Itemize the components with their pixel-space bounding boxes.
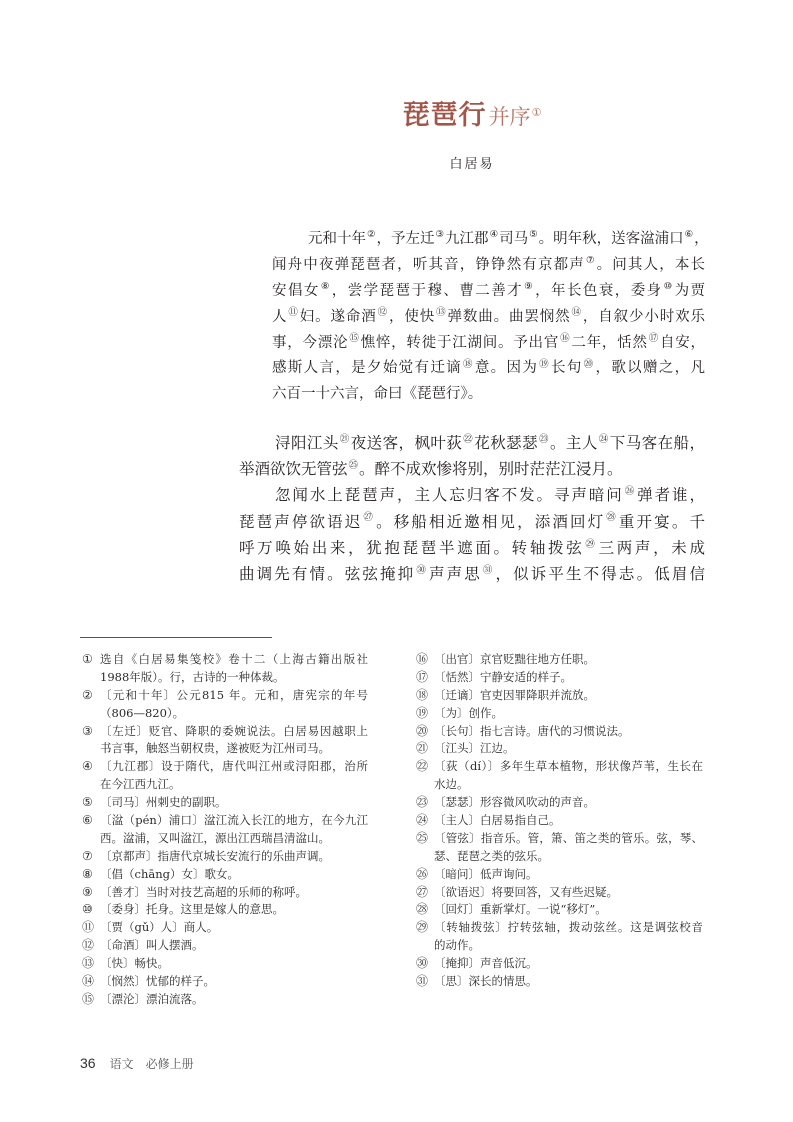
footnote-ref-marker: ⑨ — [524, 281, 534, 292]
footnote-term: 〔主人〕 — [434, 813, 480, 827]
text-run: 夜送客，枫叶荻 — [351, 434, 463, 452]
footnote-line: 〔江头〕江边。 — [434, 740, 703, 758]
footnote-line: 瑟、琵琶之类的弦乐。 — [434, 848, 703, 866]
poem-line: 浔阳江头㉑夜送客，枫叶荻㉒花秋瑟瑟㉓。主人㉔下马客在船， — [239, 430, 705, 456]
footnote-text: 水边。 — [434, 777, 469, 791]
footnote-number: ⑥ — [82, 812, 93, 830]
footnote-number: ㉑ — [416, 740, 428, 758]
poem-title: 琵琶行并序① — [239, 100, 705, 135]
footnote-term: 〔贾（gǔ）人〕 — [100, 920, 184, 934]
footnote-text: 漂泊流落。 — [146, 992, 204, 1006]
text-run: 闻舟中夜弹琵琶者，听其音，铮铮然有京都声 — [272, 257, 585, 273]
footnote-item: ㉔〔主人〕白居易指自己。 — [416, 812, 703, 830]
footnote-number: ⑧ — [82, 866, 93, 884]
footnote-line: 〔京都声〕指唐代京城长安流行的乐曲声调。 — [100, 848, 368, 866]
title-footnote-ref: ① — [532, 106, 542, 119]
footnote-line: 〔司马〕州刺史的副职。 — [100, 794, 368, 812]
footnote-ref-marker: ㉕ — [349, 460, 359, 471]
footnote-item: ⑫〔命酒〕叫人摆酒。 — [82, 937, 368, 955]
footnote-text: 指七言诗。唐代的习惯说法。 — [480, 724, 630, 738]
page-number: 36 — [80, 1055, 96, 1071]
footnote-text: 官吏因罪降职并流放。 — [480, 688, 595, 702]
footnote-line: 〔贾（gǔ）人〕商人。 — [100, 919, 368, 937]
footnote-text: 创作。 — [469, 706, 504, 720]
text-run: ，尝学琵琶于穆、曹二善才 — [332, 283, 523, 299]
footnote-line: 〔倡（chāng）女〕歌女。 — [100, 866, 368, 884]
footnotes-right-column: ⑯〔出官〕京官贬黜往地方任职。⑰〔恬然〕宁静安适的样子。⑱〔迁谪〕官吏因罪降职并… — [416, 651, 703, 991]
footnote-line: 〔悯然〕忧郁的样子。 — [100, 973, 368, 991]
text-run: 琵琶声停欲语迟 — [239, 513, 362, 531]
footnote-text: 京官贬黜往地方任职。 — [480, 652, 595, 666]
footnote-text: 低声询问。 — [480, 867, 538, 881]
footnote-ref-marker: ㉖ — [625, 486, 636, 497]
footnote-number: ⑯ — [416, 651, 428, 669]
footnote-line: 〔漂沦〕漂泊流落。 — [100, 991, 368, 1009]
footnote-line: 〔管弦〕指音乐。管，箫、笛之类的管乐。弦，琴、 — [434, 830, 703, 848]
footnote-number: ⑫ — [82, 937, 94, 955]
footnote-ref-marker: ③ — [436, 229, 445, 240]
text-run: 。移船相近邀相见，添酒回灯 — [376, 513, 605, 531]
footnote-item: ㉘〔回灯〕重新掌灯。一说“移灯”。 — [416, 901, 703, 919]
footnote-line: 〔恬然〕宁静安适的样子。 — [434, 669, 703, 687]
footnote-term: 〔倡（chāng）女〕 — [100, 867, 204, 881]
footnote-line: 〔主人〕白居易指自己。 — [434, 812, 703, 830]
text-run: ，似诉平生不得志。低眉信 — [496, 565, 705, 583]
footnote-divider — [80, 637, 272, 638]
footnote-ref-marker: ⑮ — [349, 333, 359, 344]
poem-text: 浔阳江头㉑夜送客，枫叶荻㉒花秋瑟瑟㉓。主人㉔下马客在船，举酒欲饮无管弦㉕。醉不成… — [239, 430, 705, 587]
footnote-number: ③ — [82, 723, 93, 741]
footnote-text: 深长的情思。 — [469, 974, 538, 988]
footnote-text: 西。湓浦，又叫湓江，源出江西瑞昌清湓山。 — [100, 831, 330, 845]
footnote-line: （806—820）。 — [100, 705, 368, 723]
footnote-item: ③〔左迁〕贬官、降职的委婉说法。白居易因越职上书言事，触怒当朝权贵，遂被贬为江州… — [82, 723, 368, 759]
footnote-item: ⑰〔恬然〕宁静安适的样子。 — [416, 669, 703, 687]
preface-line: 感斯人言，是夕始觉有迁谪⑱意。因为⑲长句⑳，歌以赠之，凡 — [272, 356, 705, 382]
footnote-line: 〔转轴拨弦〕拧转弦轴，拨动弦丝。这是调弦校音 — [434, 919, 703, 937]
text-run: ，自叙少小时欢乐 — [583, 309, 705, 325]
footnote-number: ⑪ — [82, 919, 94, 937]
footnote-text: 将要回答，又有些迟疑。 — [492, 885, 619, 899]
footnote-ref-marker: ㉓ — [539, 434, 549, 445]
preface-line: 安倡女⑧，尝学琵琶于穆、曹二善才⑨，年长色衰，委身⑩为贾 — [272, 279, 705, 305]
footnote-term: 〔转轴拨弦〕 — [434, 920, 508, 934]
footnote-ref-marker: ⑫ — [378, 307, 388, 318]
footnote-item: ㉙〔转轴拨弦〕拧转弦轴，拨动弦丝。这是调弦校音的动作。 — [416, 919, 703, 955]
footnote-text: 指唐代京城长安流行的乐曲声调。 — [158, 849, 331, 863]
text-run: 忽闻水上琵琶声，主人忘归客不发。寻声暗问 — [275, 486, 624, 504]
footnote-line: 〔回灯〕重新掌灯。一说“移灯”。 — [434, 901, 703, 919]
footnote-text: 歌女。 — [204, 867, 239, 881]
poem-line: 忽闻水上琵琶声，主人忘归客不发。寻声暗问㉖弹者谁， — [239, 482, 705, 508]
footnote-number: ㉙ — [416, 919, 428, 937]
footnote-number: ② — [82, 687, 93, 705]
footnote-line: 选自《白居易集笺校》卷十二（上海古籍出版社 — [100, 651, 368, 669]
footnote-line: 〔湓（pén）浦口〕湓江流入长江的地方，在今九江 — [100, 812, 368, 830]
footnote-text: 江边。 — [480, 741, 515, 755]
preface-line: 元和十年②，予左迁③九江郡④司马⑤。明年秋，送客湓浦口⑥， — [272, 227, 705, 253]
footnote-ref-marker: ㉒ — [463, 434, 473, 445]
footnote-ref-marker: ④ — [490, 229, 499, 240]
footnote-text: 白居易指自己。 — [480, 813, 561, 827]
footnote-term: 〔欲语迟〕 — [434, 885, 492, 899]
footnote-number: ㉗ — [416, 884, 428, 902]
text-run: 声声思 — [429, 565, 482, 583]
text-run: 妇。遂命酒 — [300, 309, 377, 325]
text-run: 举酒欲饮无管弦 — [239, 460, 348, 478]
footnote-text: 托身。这里是嫁人的意思。 — [146, 902, 284, 916]
footnote-number: ⑱ — [416, 687, 428, 705]
footnote-number: ㉘ — [416, 901, 428, 919]
footnote-number: ⑮ — [82, 991, 94, 1009]
footnote-term: 〔掩抑〕 — [434, 956, 480, 970]
preface-line: 六百一十六言，命曰《琵琶行》。 — [272, 382, 705, 408]
text-run: ，使快 — [389, 309, 435, 325]
footnote-number: ⑰ — [416, 669, 428, 687]
footnote-text: （806—820）。 — [100, 706, 184, 720]
footnote-ref-marker: ⑬ — [436, 307, 446, 318]
footnote-ref-marker: ⑭ — [571, 307, 581, 318]
footnote-number: ⑬ — [82, 955, 94, 973]
footnote-item: ⑬〔快〕畅快。 — [82, 955, 368, 973]
footnote-text: 1988年版）。行，古诗的一种体裁。 — [100, 670, 285, 684]
author-name: 白居易 — [239, 156, 705, 174]
footnote-ref-marker: ㉙ — [585, 539, 597, 550]
footnote-text: 多年生草本植物，形状像芦苇，生长在 — [500, 759, 703, 773]
footnote-text: 当时对技艺高超的乐师的称呼。 — [146, 885, 307, 899]
footnote-number: ㉛ — [416, 973, 428, 991]
text-run: 自安， — [660, 335, 705, 351]
footnote-line: 〔欲语迟〕将要回答，又有些迟疑。 — [434, 884, 703, 902]
text-run: 元和十年 — [308, 231, 366, 247]
footnote-text: 宁静安适的样子。 — [480, 670, 572, 684]
footnote-ref-marker: ㉑ — [340, 434, 350, 445]
footnote-text: 在今江西九江。 — [100, 777, 181, 791]
footnote-item: ⑩〔委身〕托身。这里是嫁人的意思。 — [82, 901, 368, 919]
footnote-item: ㉑〔江头〕江边。 — [416, 740, 703, 758]
footnote-ref-marker: ⑲ — [539, 359, 550, 370]
footnote-ref-marker: ㉗ — [363, 512, 375, 523]
footnote-line: 〔善才〕当时对技艺高超的乐师的称呼。 — [100, 884, 368, 902]
textbook-page: 琵琶行并序① 白居易 元和十年②，予左迁③九江郡④司马⑤。明年秋，送客湓浦口⑥，… — [0, 0, 793, 1122]
footnote-line: 〔长句〕指七言诗。唐代的习惯说法。 — [434, 723, 703, 741]
footnote-text: 形容微风吹动的声音。 — [480, 795, 595, 809]
footnote-item: ①选自《白居易集笺校》卷十二（上海古籍出版社1988年版）。行，古诗的一种体裁。 — [82, 651, 368, 687]
preface-text: 元和十年②，予左迁③九江郡④司马⑤。明年秋，送客湓浦口⑥，闻舟中夜弹琵琶者，听其… — [272, 227, 705, 408]
footnote-ref-marker: ⑧ — [321, 281, 331, 292]
footnote-item: ⑱〔迁谪〕官吏因罪降职并流放。 — [416, 687, 703, 705]
footnote-text: 商人。 — [184, 920, 219, 934]
footnote-item: ⑪〔贾（gǔ）人〕商人。 — [82, 919, 368, 937]
footnote-text: 声音低沉。 — [480, 956, 538, 970]
preface-line: 人⑪妇。遂命酒⑫，使快⑬弹数曲。曲罢悯然⑭，自叙少小时欢乐 — [272, 305, 705, 331]
footnote-term: 〔为〕 — [434, 706, 469, 720]
text-run: 六百一十六言，命曰《琵琶行》。 — [272, 386, 482, 402]
text-run: 长句 — [551, 360, 583, 376]
footnote-text: 忧郁的样子。 — [146, 974, 215, 988]
footnote-line: 〔思〕深长的情思。 — [434, 973, 703, 991]
footnote-item: ⑨〔善才〕当时对技艺高超的乐师的称呼。 — [82, 884, 368, 902]
footnote-text: 拧转弦轴，拨动弦丝。这是调弦校音 — [508, 920, 703, 934]
footnote-text: 湓江流入长江的地方，在今九江 — [204, 813, 368, 827]
footnote-item: ⑤〔司马〕州刺史的副职。 — [82, 794, 368, 812]
text-run: 。明年秋，送客湓浦口 — [539, 231, 684, 247]
footnote-term: 〔暗问〕 — [434, 867, 480, 881]
footnote-item: ⑥〔湓（pén）浦口〕湓江流入长江的地方，在今九江西。湓浦，又叫湓江，源出江西瑞… — [82, 812, 368, 848]
footnote-text: 选自《白居易集笺校》卷十二（上海古籍出版社 — [100, 652, 368, 666]
footnote-item: ㉓〔瑟瑟〕形容微风吹动的声音。 — [416, 794, 703, 812]
text-run: 弹者谁， — [637, 486, 705, 504]
footnote-item: ④〔九江郡〕设于隋代，唐代叫江州或浔阳郡，治所在今江西九江。 — [82, 758, 368, 794]
footnote-number: ㉓ — [416, 794, 428, 812]
footnote-term: 〔善才〕 — [100, 885, 146, 899]
text-run: 憔悴，转徙于江湖间。予出官 — [361, 335, 559, 351]
footnote-item: ㉖〔暗问〕低声询问。 — [416, 866, 703, 884]
poem-line: 举酒欲饮无管弦㉕。醉不成欢惨将别，别时茫茫江浸月。 — [239, 456, 705, 482]
footnote-number: ㉖ — [416, 866, 428, 884]
footnote-term: 〔左迁〕 — [100, 724, 149, 738]
footnote-term: 〔出官〕 — [434, 652, 480, 666]
footnote-ref-marker: ⑱ — [463, 359, 474, 370]
text-run: 九江郡 — [445, 231, 489, 247]
footnote-line: 在今江西九江。 — [100, 776, 368, 794]
footnote-ref-marker: ⑰ — [649, 333, 659, 344]
text-run: 三两声，未成 — [599, 539, 705, 557]
footnote-text: 重新掌灯。一说“移灯”。 — [480, 902, 607, 916]
footnote-number: ⑭ — [82, 973, 94, 991]
text-run: 感斯人言，是夕始觉有迁谪 — [272, 360, 462, 376]
footnote-number: ⑳ — [416, 723, 428, 741]
footnote-ref-marker: ㉔ — [599, 434, 609, 445]
footnote-ref-marker: ㉘ — [606, 512, 618, 523]
footnote-text: 指音乐。管，箫、笛之类的管乐。弦，琴、 — [481, 831, 703, 845]
footnote-line: 〔命酒〕叫人摆酒。 — [100, 937, 368, 955]
poem-line: 曲调先有情。弦弦掩抑㉚声声思㉛，似诉平生不得志。低眉信 — [239, 561, 705, 587]
footnote-item: ㉚〔掩抑〕声音低沉。 — [416, 955, 703, 973]
footnote-term: 〔荻（dí）〕 — [434, 759, 500, 773]
footnote-ref-marker: ⑳ — [584, 359, 595, 370]
footnote-item: ⑯〔出官〕京官贬黜往地方任职。 — [416, 651, 703, 669]
footnote-line: 〔瑟瑟〕形容微风吹动的声音。 — [434, 794, 703, 812]
footnote-number: ㉒ — [416, 758, 428, 776]
footnote-text: 贬官、降职的委婉说法。白居易因越职上 — [149, 724, 368, 738]
footnote-text: 叫人摆酒。 — [146, 938, 204, 952]
text-run: ， — [694, 231, 709, 247]
footnote-number: ⑨ — [82, 884, 93, 902]
book-volume: 必修上册 — [146, 1057, 194, 1071]
footnote-ref-marker: ⑩ — [664, 281, 674, 292]
footnote-line: 〔荻（dí）〕多年生草本植物，形状像芦苇，生长在 — [434, 758, 703, 776]
footnote-term: 〔悯然〕 — [100, 974, 146, 988]
footnote-ref-marker: ⑪ — [288, 307, 298, 318]
footnote-line: 〔为〕创作。 — [434, 705, 703, 723]
preface-line: 闻舟中夜弹琵琶者，听其音，铮铮然有京都声⑦。问其人，本长 — [272, 253, 705, 279]
text-run: 。主人 — [550, 434, 598, 452]
text-run: ，予左迁 — [377, 231, 435, 247]
footnote-term: 〔回灯〕 — [434, 902, 480, 916]
footnote-term: 〔司马〕 — [100, 795, 146, 809]
footnote-item: ㉒〔荻（dí）〕多年生草本植物，形状像芦苇，生长在水边。 — [416, 758, 703, 794]
text-run: ，年长色衰，委身 — [535, 283, 663, 299]
footnote-item: ㉗〔欲语迟〕将要回答，又有些迟疑。 — [416, 884, 703, 902]
footnote-ref-marker: ㉛ — [483, 565, 495, 576]
text-run: 。问其人，本长 — [597, 257, 705, 273]
text-run: 人 — [272, 309, 287, 325]
footnote-text: 州刺史的副职。 — [146, 795, 227, 809]
footnote-term: 〔迁谪〕 — [434, 688, 480, 702]
footnote-number: ㉚ — [416, 955, 428, 973]
text-run: ，歌以赠之，凡 — [596, 360, 706, 376]
footnote-text: 公元815 年。元和，唐宪宗的年号 — [177, 688, 368, 702]
footnote-ref-marker: ⑦ — [586, 255, 596, 266]
footnote-ref-marker: ⑯ — [560, 333, 570, 344]
text-run: 下马客在船， — [610, 434, 705, 452]
footnote-number: ⑤ — [82, 794, 93, 812]
footnote-line: 〔迁谪〕官吏因罪降职并流放。 — [434, 687, 703, 705]
footnote-line: 〔元和十年〕公元815 年。元和，唐宪宗的年号 — [100, 687, 368, 705]
footnote-line: 〔九江郡〕设于隋代，唐代叫江州或浔阳郡，治所 — [100, 758, 368, 776]
footnotes-left-column: ①选自《白居易集笺校》卷十二（上海古籍出版社1988年版）。行，古诗的一种体裁。… — [82, 651, 368, 1009]
preface-line: 事，今漂沦⑮憔悴，转徙于江湖间。予出官⑯二年，恬然⑰自安， — [272, 331, 705, 357]
footnote-number: ⑦ — [82, 848, 93, 866]
footnote-ref-marker: ② — [367, 229, 376, 240]
footnote-text: 的动作。 — [434, 938, 480, 952]
footnote-line: 的动作。 — [434, 937, 703, 955]
book-subject: 语文 — [110, 1057, 134, 1071]
text-run: 重开宴。千 — [619, 513, 705, 531]
footnote-term: 〔思〕 — [434, 974, 469, 988]
text-run: 弹数曲。曲罢悯然 — [448, 309, 571, 325]
footnote-line: 〔左迁〕贬官、降职的委婉说法。白居易因越职上 — [100, 723, 368, 741]
text-run: 意。因为 — [475, 360, 538, 376]
text-run: 曲调先有情。弦弦掩抑 — [239, 565, 415, 583]
footnote-line: 〔快〕畅快。 — [100, 955, 368, 973]
text-run: 二年，恬然 — [571, 335, 647, 351]
footnote-term: 〔长句〕 — [434, 724, 480, 738]
text-run: 。醉不成欢惨将别，别时茫茫江浸月。 — [359, 460, 623, 478]
footnote-number: ① — [82, 651, 93, 669]
footnote-line: 〔掩抑〕声音低沉。 — [434, 955, 703, 973]
footnote-text: 设于隋代，唐代叫江州或浔阳郡，治所 — [161, 759, 368, 773]
footnote-term: 〔委身〕 — [100, 902, 146, 916]
footnote-text: 畅快。 — [135, 956, 170, 970]
footnote-text: 瑟、琵琶之类的弦乐。 — [434, 849, 549, 863]
poem-line: 琵琶声停欲语迟㉗。移船相近邀相见，添酒回灯㉘重开宴。千 — [239, 509, 705, 535]
footnote-item: ⑲〔为〕创作。 — [416, 705, 703, 723]
footnote-line: 西。湓浦，又叫湓江，源出江西瑞昌清湓山。 — [100, 830, 368, 848]
title-main: 琵琶行 — [403, 100, 487, 131]
footnote-term: 〔元和十年〕 — [100, 688, 177, 702]
title-subtitle: 并序 — [489, 105, 531, 129]
footnote-item: ㉕〔管弦〕指音乐。管，箫、笛之类的管乐。弦，琴、瑟、琵琶之类的弦乐。 — [416, 830, 703, 866]
footnote-term: 〔京都声〕 — [100, 849, 158, 863]
text-run: 司马 — [499, 231, 528, 247]
page-footer: 36语文必修上册 — [80, 1053, 194, 1074]
text-run: 呼万唤始出来，犹抱琵琶半遮面。转轴拨弦 — [239, 539, 584, 557]
footnote-item: ⑳〔长句〕指七言诗。唐代的习惯说法。 — [416, 723, 703, 741]
footnote-text: 书言事，触怒当朝权贵，遂被贬为江州司马。 — [100, 741, 330, 755]
footnote-number: ㉔ — [416, 812, 428, 830]
footnote-number: ④ — [82, 758, 93, 776]
footnote-item: ⑦〔京都声〕指唐代京城长安流行的乐曲声调。 — [82, 848, 368, 866]
footnote-item: ⑭〔悯然〕忧郁的样子。 — [82, 973, 368, 991]
footnote-item: ②〔元和十年〕公元815 年。元和，唐宪宗的年号（806—820）。 — [82, 687, 368, 723]
text-run: 浔阳江头 — [275, 434, 339, 452]
footnote-item: ㉛〔思〕深长的情思。 — [416, 973, 703, 991]
text-run: 事，今漂沦 — [272, 335, 348, 351]
footnote-line: 水边。 — [434, 776, 703, 794]
footnote-line: 〔出官〕京官贬黜往地方任职。 — [434, 651, 703, 669]
footnote-term: 〔管弦〕 — [434, 831, 481, 845]
footnote-term: 〔快〕 — [100, 956, 135, 970]
footnote-item: ⑧〔倡（chāng）女〕歌女。 — [82, 866, 368, 884]
footnote-term: 〔恬然〕 — [434, 670, 480, 684]
footnote-term: 〔命酒〕 — [100, 938, 146, 952]
footnote-number: ㉕ — [416, 830, 428, 848]
footnote-number: ⑲ — [416, 705, 428, 723]
poem-line: 呼万唤始出来，犹抱琵琶半遮面。转轴拨弦㉙三两声，未成 — [239, 535, 705, 561]
footnote-line: 〔委身〕托身。这里是嫁人的意思。 — [100, 901, 368, 919]
text-run: 为贾 — [675, 283, 705, 299]
footnote-line: 〔暗问〕低声询问。 — [434, 866, 703, 884]
footnote-term: 〔瑟瑟〕 — [434, 795, 480, 809]
footnote-term: 〔九江郡〕 — [100, 759, 161, 773]
footnote-line: 1988年版）。行，古诗的一种体裁。 — [100, 669, 368, 687]
footnote-ref-marker: ㉚ — [416, 565, 428, 576]
footnote-number: ⑩ — [82, 901, 93, 919]
footnote-term: 〔湓（pén）浦口〕 — [100, 813, 204, 827]
footnote-ref-marker: ⑥ — [685, 229, 694, 240]
footnote-item: ⑮〔漂沦〕漂泊流落。 — [82, 991, 368, 1009]
text-run: 花秋瑟瑟 — [474, 434, 538, 452]
footnote-term: 〔江头〕 — [434, 741, 480, 755]
footnote-ref-marker: ⑤ — [529, 229, 538, 240]
text-run: 安倡女 — [272, 283, 320, 299]
footnote-line: 书言事，触怒当朝权贵，遂被贬为江州司马。 — [100, 740, 368, 758]
footnote-term: 〔漂沦〕 — [100, 992, 146, 1006]
